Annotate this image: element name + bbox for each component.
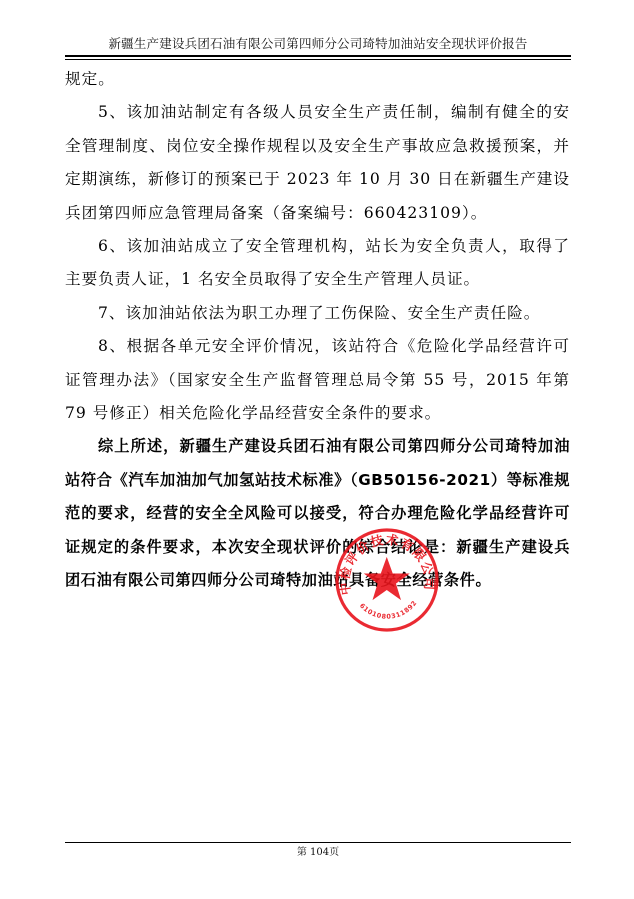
report-title: 新疆生产建设兵团石油有限公司第四师分公司琦特加油站安全现状评价报告 [65, 36, 571, 52]
item-6-paragraph: 6、该加油站成立了安全管理机构，站长为安全负责人，取得了主要负责人证，1 名安全… [65, 230, 570, 297]
header-rule-thick [65, 55, 571, 57]
item-8-paragraph: 8、根据各单元安全评价情况，该站符合《危险化学品经营许可证管理办法》（国家安全生… [65, 330, 570, 430]
document-body: 规定。 5、该加油站制定有各级人员安全生产责任制，编制有健全的安全管理制度、岗位… [65, 63, 570, 598]
page-number: 第 104页 [65, 846, 571, 860]
footer-rule [65, 842, 571, 843]
svg-text:6101080311892: 6101080311892 [358, 599, 419, 621]
item-5-paragraph: 5、该加油站制定有各级人员安全生产责任制，编制有健全的安全管理制度、岗位安全操作… [65, 96, 570, 230]
item-7-paragraph: 7、该加油站依法为职工办理了工伤保险、安全生产责任险。 [65, 297, 570, 330]
page-header: 新疆生产建设兵团石油有限公司第四师分公司琦特加油站安全现状评价报告 [65, 36, 571, 60]
page-footer: 第 104页 [65, 842, 571, 860]
header-rule-thin [65, 59, 571, 60]
continued-text: 规定。 [65, 63, 570, 96]
conclusion-paragraph: 综上所述，新疆生产建设兵团石油有限公司第四师分公司琦特加油站符合《汽车加油加气加… [65, 430, 570, 597]
seal-code-text: 6101080311892 [358, 599, 419, 621]
